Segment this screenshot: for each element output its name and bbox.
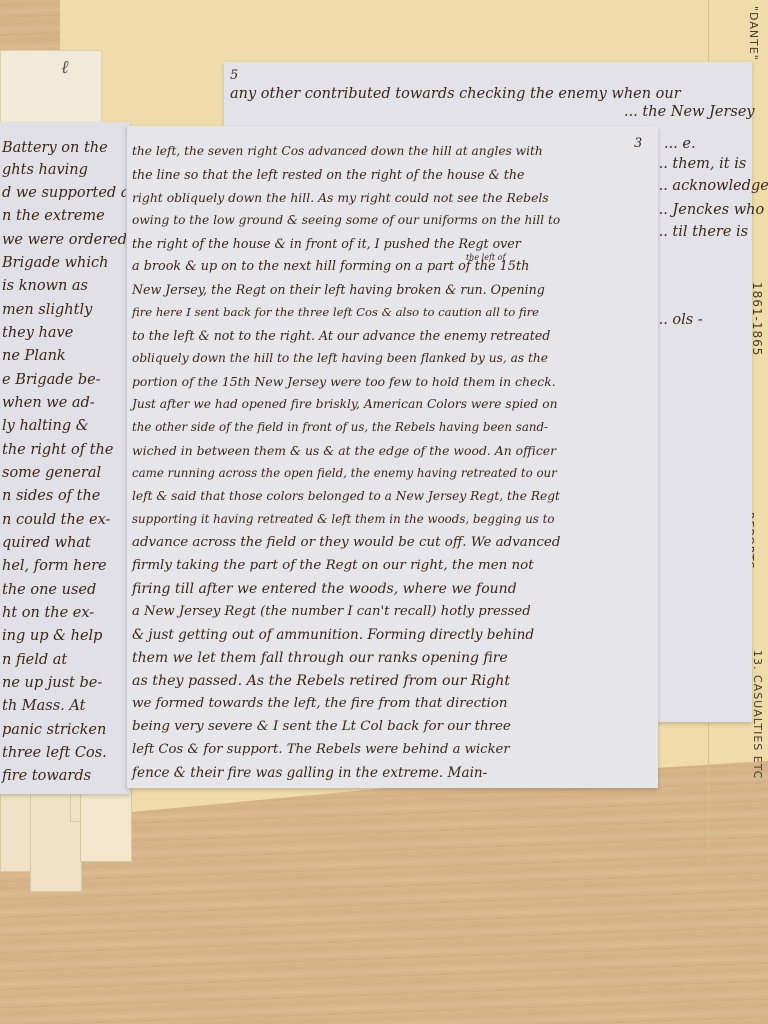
text-line: advance across the field or they would b… [132, 535, 560, 550]
text-line: three left Cos. [2, 745, 107, 761]
text-line: Brigade which [2, 255, 108, 271]
text-line: & just getting out of ammunition. Formin… [132, 627, 534, 643]
text-line: Just after we had opened fire briskly, A… [132, 397, 557, 411]
text-line: the left, the seven right Cos advanced d… [132, 144, 543, 158]
folder-top-label: "DANTE" [747, 6, 760, 61]
text-line: ghts having [2, 162, 88, 178]
text-line: as they passed. As the Rebels retired fr… [132, 673, 510, 689]
text-line: portion of the 15th New Jersey were too … [132, 374, 556, 389]
text-line: firmly taking the part of the Regt on ou… [132, 558, 534, 573]
text-line: supporting it having retreated & left th… [132, 512, 554, 526]
text-line: ... them, it is [654, 156, 746, 172]
text-line: the other side of the field in front of … [132, 420, 548, 434]
text-line: they have [2, 325, 73, 341]
text-line: ing up & help [2, 628, 102, 644]
text-line: to the left & not to the right. At our a… [132, 328, 550, 343]
text-line: we formed towards the left, the fire fro… [132, 696, 507, 711]
text-line: men slightly [2, 302, 92, 318]
folder-casualties-label: 13. CASUALTIES ETC [751, 650, 764, 779]
text-line: ne Plank [2, 348, 66, 364]
text-line: a brook & up on to the next hill forming… [132, 259, 529, 274]
text-line: firing till after we entered the woods, … [132, 581, 517, 597]
text-line: n could the ex- [2, 512, 110, 528]
text-line: being very severe & I sent the Lt Col ba… [132, 719, 511, 734]
back-document-slip: ℓ [0, 50, 102, 132]
text-line: ... til there is [654, 224, 748, 240]
text-line: when we ad- [2, 395, 95, 411]
text-line: a New Jersey Regt (the number I can't re… [132, 604, 531, 619]
text-line: we were ordered [2, 232, 127, 248]
text-line: fence & their fire was galling in the ex… [132, 765, 487, 781]
text-line: obliquely down the hill to the left havi… [132, 351, 548, 365]
text-line: fire here I sent back for the three left… [132, 305, 539, 319]
text-line: n the extreme [2, 208, 105, 224]
text-line: any other contributed towards checking t… [230, 86, 681, 102]
text-line: ne up just be- [2, 675, 102, 691]
letter-page-left: Battery on the ghts having d we supporte… [0, 122, 130, 794]
text-line: wiched in between them & us & at the edg… [132, 443, 556, 458]
text-line: Battery on the [2, 140, 108, 156]
text-line: n field at [2, 652, 67, 668]
text-line: owing to the low ground & seeing some of… [132, 213, 560, 227]
page-number: 3 [634, 136, 642, 151]
text-line: n sides of the [2, 488, 100, 504]
text-line: fire towards [2, 768, 91, 784]
text-line: the one used [2, 582, 96, 598]
text-line: the right of the [2, 442, 113, 458]
text-line: ... e. [664, 136, 696, 152]
slip-signature: ℓ [61, 57, 69, 78]
text-line: left & said that those colors belonged t… [132, 489, 560, 503]
text-line: some general [2, 465, 101, 481]
text-line: e Brigade be- [2, 372, 101, 388]
folder-date-label: 1861-1865 [750, 282, 764, 356]
page-number: 5 [230, 68, 238, 83]
text-line: left Cos & for support. The Rebels were … [132, 742, 510, 757]
text-line: d we supported a [2, 185, 129, 201]
text-line: ... Jenckes who [654, 202, 764, 218]
text-line: them we let them fall through our ranks … [132, 650, 508, 666]
text-line: right obliquely down the hill. As my rig… [132, 190, 549, 205]
text-line: ht on the ex- [2, 605, 94, 621]
text-line: th Mass. At [2, 698, 85, 714]
text-line: hel, form here [2, 558, 107, 574]
text-line: the right of the house & in front of it,… [132, 236, 521, 251]
text-line: came running across the open field, the … [132, 466, 557, 480]
text-line: panic stricken [2, 722, 106, 738]
text-line: is known as [2, 278, 88, 294]
text-line: ly halting & [2, 418, 89, 434]
page-fold [126, 126, 127, 788]
text-line: New Jersey, the Regt on their left havin… [132, 282, 545, 297]
text-line: quired what [2, 535, 91, 551]
letter-page-3: 3 the left, the seven right Cos advanced… [126, 126, 658, 788]
text-line: the line so that the left rested on the … [132, 167, 524, 182]
text-line: ... acknowledge [654, 178, 768, 194]
text-line: ... the New Jersey [624, 104, 755, 120]
text-line: ... ols - [654, 312, 703, 328]
